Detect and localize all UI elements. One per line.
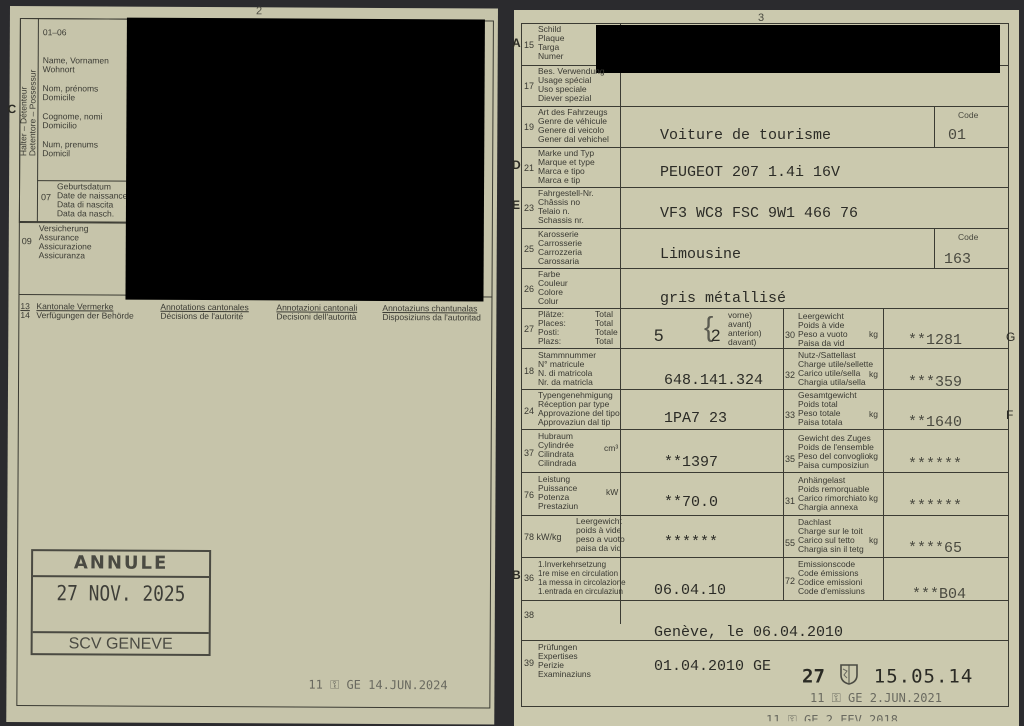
- front-seats-value: 2: [711, 326, 720, 346]
- label: Gener dal vehichel: [538, 135, 609, 145]
- section-letter-b: B: [512, 568, 521, 582]
- inspection-stamp: 27 15.05.14: [802, 663, 973, 689]
- unit: kg: [869, 370, 878, 380]
- label: Carossaria: [538, 257, 579, 267]
- field-number: 37: [524, 448, 534, 458]
- field-01-06: 01–06: [43, 28, 67, 38]
- field-number: 55: [785, 538, 795, 548]
- make-model-value: PEUGEOT 207 1.4i 16V: [660, 164, 840, 181]
- unit: kg: [869, 330, 878, 340]
- field-number: 36: [524, 573, 534, 583]
- vehicle-type-value: Voiture de tourisme: [660, 127, 831, 144]
- label: Nr. da matricla: [538, 378, 593, 388]
- field-number: 76: [524, 490, 534, 500]
- type-approval-value: 1PA7 23: [664, 410, 727, 427]
- label: Paisa totala: [798, 418, 842, 428]
- page-number: 2: [256, 5, 262, 17]
- holder-label-it: Detentore – Possessur: [28, 70, 37, 157]
- label: paisa da vid: [576, 544, 621, 554]
- total-weight-value: **1640: [908, 414, 962, 431]
- field-number: 30: [785, 330, 795, 340]
- body-type-value: Limousine: [660, 246, 741, 263]
- cancel-stamp: ANNULE 27 NOV. 2025 SCV GENEVE: [31, 549, 212, 656]
- field-number: 35: [785, 454, 795, 464]
- field-number: 15: [524, 40, 534, 50]
- power-value: **70.0: [664, 494, 718, 511]
- section-letter-e: E: [512, 198, 520, 212]
- issue-place-date-value: Genève, le 06.04.2010: [654, 624, 843, 641]
- left-page: 2 C Halter – Détenteur Detentore – Posse…: [6, 6, 498, 725]
- field-number: 78 kW/kg: [524, 532, 562, 542]
- decision-rm: Disposiziuns da l'autoritad: [382, 313, 481, 323]
- section-letter-c: C: [7, 102, 16, 116]
- label: Domicil: [42, 149, 70, 159]
- label: 1.entrada en circulaziun: [538, 587, 623, 597]
- vehicle-type-code: 01: [948, 127, 966, 144]
- field-number: 23: [524, 203, 534, 213]
- label: Diever spezial: [538, 94, 591, 104]
- field-number: 33: [785, 410, 795, 420]
- cancel-stamp-title: ANNULE: [33, 551, 209, 578]
- label: Assicuranza: [39, 251, 85, 261]
- inspection-stamp-number: 27: [802, 666, 825, 688]
- total-seats-value: 5: [654, 326, 663, 346]
- field-number: 21: [524, 163, 534, 173]
- label: Examinaziuns: [538, 670, 591, 680]
- section-letter-f: F: [1006, 408, 1013, 422]
- inspection-value: 01.04.2010 GE: [654, 658, 771, 675]
- date-stamp-2021: 11 ⚿ GE 2.JUN.2021: [810, 691, 942, 706]
- field-number: 18: [524, 366, 534, 376]
- field-number: 39: [524, 658, 534, 668]
- unit: cm³: [604, 444, 618, 454]
- empty-weight-value: **1281: [908, 332, 962, 349]
- section-letter-a: A: [512, 36, 521, 50]
- label: Schassis nr.: [538, 216, 584, 226]
- field-14: 14: [20, 311, 30, 321]
- label: Chargia utila/sella: [798, 378, 866, 388]
- label: Domicilio: [42, 121, 77, 131]
- label: Prestaziun: [538, 502, 578, 512]
- label: Marca e tip: [538, 176, 580, 186]
- section-letter-g: G: [1006, 330, 1015, 344]
- unit: kg: [869, 452, 878, 462]
- decision-fr: Décisions de l'autorité: [160, 312, 243, 322]
- decision-it: Decisioni dell'autorità: [276, 312, 356, 322]
- label: Data da nasch.: [57, 209, 114, 219]
- label: Colur: [538, 297, 558, 307]
- field-number: 17: [524, 81, 534, 91]
- field-number: 38: [524, 610, 534, 620]
- field-number: 32: [785, 370, 795, 380]
- label: Paisa da vid: [798, 339, 844, 349]
- code-label: Code: [958, 232, 978, 242]
- label: Numer: [538, 52, 564, 62]
- field-07: 07: [41, 192, 51, 202]
- label: Approvaziun dal tip: [538, 418, 610, 428]
- color-value: gris métallisé: [660, 290, 786, 307]
- first-registration-value: 06.04.10: [654, 582, 726, 599]
- payload-value: ***359: [908, 374, 962, 391]
- unit: kg: [869, 410, 878, 420]
- field-number: 27: [524, 324, 534, 334]
- trailer-load-value: ******: [908, 498, 962, 515]
- roof-load-value: ****65: [908, 540, 962, 557]
- label: Total: [595, 337, 613, 347]
- redacted-plate: [596, 25, 1000, 73]
- emission-code-value: ***B04: [912, 586, 966, 603]
- cancel-stamp-date: 27 NOV. 2025: [46, 581, 196, 606]
- body-type-code: 163: [944, 251, 971, 268]
- code-label: Code: [958, 110, 978, 120]
- label: Code d'emissiuns: [798, 587, 865, 597]
- field-number: 31: [785, 496, 795, 506]
- label: Domicile: [42, 93, 75, 103]
- decision-de: Verfügungen der Behörde: [36, 311, 133, 321]
- field-number: 24: [524, 406, 534, 416]
- field-number: 19: [524, 122, 534, 132]
- label: Plazs:: [538, 337, 561, 347]
- field-number: 72: [785, 576, 795, 586]
- field-number: 26: [524, 284, 534, 294]
- matricule-value: 648.141.324: [664, 372, 763, 389]
- unit: kg: [869, 494, 878, 504]
- unit: kW: [606, 488, 618, 498]
- label: Wohnort: [43, 65, 75, 75]
- bottom-date-stamp: 11 ⚿ GE 14.JUN.2024: [308, 678, 447, 694]
- unit: kg: [869, 536, 878, 546]
- right-page: 3 A D E B G F 15 Schild Plaque Targa Num…: [514, 10, 1019, 726]
- cancel-stamp-office: SCV GENEVE: [33, 631, 209, 656]
- chassis-number-value: VF3 WC8 FSC 9W1 466 76: [660, 205, 858, 222]
- geneva-coat-of-arms-icon: [839, 663, 859, 690]
- field-09: 09: [22, 236, 32, 246]
- displacement-value: **1397: [664, 454, 718, 471]
- redacted-holder-info: [125, 18, 484, 302]
- label: Chargia sin il tetg: [798, 545, 864, 555]
- power-weight-ratio-value: ******: [664, 534, 718, 551]
- label: davant): [728, 338, 756, 348]
- section-letter-d: D: [512, 158, 521, 172]
- label: Paisa cumposiziun: [798, 461, 869, 471]
- label: Cilindrada: [538, 459, 576, 469]
- label: Chargia annexa: [798, 503, 858, 513]
- date-stamp-2018: 11 ⚿ GE 2.FEV.2018: [766, 713, 898, 726]
- train-weight-value: ******: [908, 456, 962, 473]
- inspection-stamp-date: 15.05.14: [874, 666, 974, 688]
- field-number: 25: [524, 244, 534, 254]
